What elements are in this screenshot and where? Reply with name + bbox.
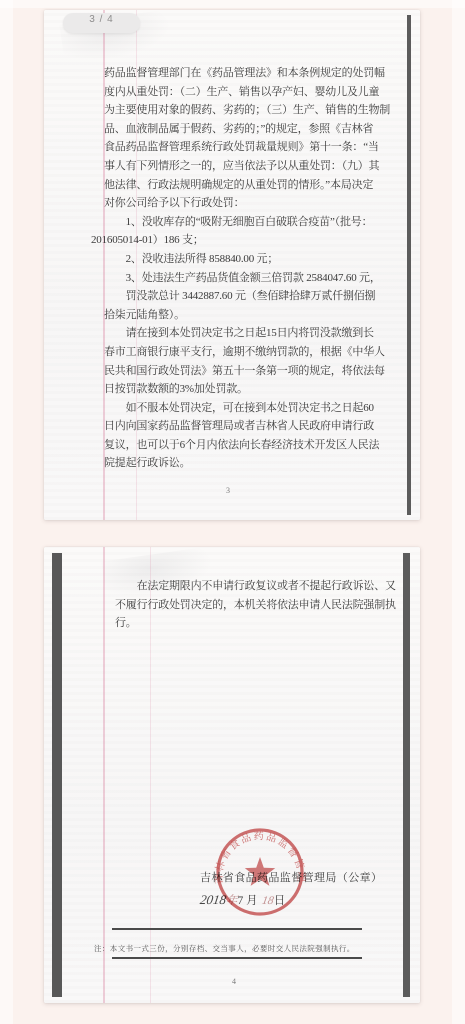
scanned-page-4: 在法定期限内不申请行政复议或者不提起行政诉讼、又 不履行行政处罚决定的，本机关将…	[44, 547, 420, 1003]
doc-line: 201605014-01）186 支；	[91, 231, 390, 250]
handwritten-year-suffix: 年	[225, 892, 239, 908]
viewport-left-margin	[0, 0, 13, 1024]
doc-line: 度内从重处罚：（二）生产、销售以孕产妇、婴幼儿及儿童	[104, 83, 390, 102]
scan-edge-bar	[52, 553, 62, 997]
page-4-body-text: 在法定期限内不申请行政复议或者不提起行政诉讼、又 不履行行政处罚决定的，本机关将…	[115, 577, 396, 633]
decision-date: 2018年7 月 18日	[200, 892, 285, 908]
doc-line: 为主要使用对象的假药、劣药的；（三）生产、销售的生物制	[104, 101, 390, 120]
footer-rule-bottom	[112, 957, 362, 959]
doc-line: 在法定期限内不申请行政复议或者不提起行政诉讼、又	[115, 577, 396, 596]
scan-edge-bar	[403, 553, 410, 997]
doc-line: 日内向国家药品监督管理局或者吉林省人民政府申请行政	[104, 417, 390, 436]
doc-line: 3、处违法生产药品货值金额三倍罚款 2584047.60 元，	[104, 269, 390, 288]
doc-line: 品、血液制品属于假药、劣药的；”的规定，参照《吉林省	[104, 120, 390, 139]
doc-line: 如不服本处罚决定，可在接到本处罚决定书之日起60	[104, 399, 390, 418]
viewport-top-strip	[0, 0, 465, 8]
doc-line: 对你公司给予以下行政处罚：	[104, 194, 390, 213]
page-number: 3	[226, 486, 230, 495]
doc-line: 他法律、行政法规明确规定的从重处罚的情形。”本局决定	[104, 176, 390, 195]
doc-line: 事人有下列情形之一的，应当依法予以从重处罚：（九）其	[104, 157, 390, 176]
page-3-body-text: 药品监督管理部门在《药品管理法》和本条例规定的处罚幅 度内从重处罚：（二）生产、…	[104, 64, 390, 473]
issuing-authority-signature: 吉林省食品药品监督管理局（公章）	[200, 869, 382, 885]
doc-line: 罚没款总计 3442887.60 元（叁佰肆拾肆万贰仟捌佰捌	[104, 287, 390, 306]
date-month: 7 月	[238, 895, 258, 907]
page-number: 4	[232, 977, 236, 986]
handwritten-day: 18	[261, 895, 275, 907]
doc-line: 药品监督管理部门在《药品管理法》和本条例规定的处罚幅	[104, 64, 390, 83]
doc-line: 1、没收库存的“吸附无细胞百白破联合疫苗”（批号：	[104, 213, 390, 232]
page-indicator-badge: 3 / 4	[63, 13, 140, 33]
doc-line: 不履行行政处罚决定的，本机关将依法申请人民法院强制执	[115, 596, 396, 615]
doc-line: 院提起行政诉讼。	[104, 454, 390, 473]
doc-line: 拾柒元陆角整）。	[104, 306, 390, 325]
doc-line: 请在接到本处罚决定书之日起15日内将罚没款缴到长	[104, 324, 390, 343]
screenshot-root: { "viewer": { "page_badge": "3 / 4" }, "…	[0, 0, 465, 1024]
footer-rule-top	[112, 928, 362, 930]
page-indicator-label: 3 / 4	[89, 14, 113, 25]
doc-line: 食品药品监督管理系统行政处罚裁量规则》第十一条：“当	[104, 138, 390, 157]
doc-line: 行。	[115, 614, 396, 633]
doc-line: 民共和国行政处罚法》第五十一条第一项的规定，将依法每	[104, 362, 390, 381]
doc-line: 复议，也可以于6个月内依法向长春经济技术开发区人民法	[104, 436, 390, 455]
binding-margin-line	[103, 547, 105, 1003]
doc-line: 春市工商银行康平支行，逾期不缴纳罚款的，根据《中华人	[104, 343, 390, 362]
doc-line: 2、没收违法所得 858840.00 元；	[104, 250, 390, 269]
date-day-suffix: 日	[274, 895, 286, 907]
scanned-page-3: 药品监督管理部门在《药品管理法》和本条例规定的处罚幅 度内从重处罚：（二）生产、…	[44, 10, 420, 520]
handwritten-year: 2018	[199, 892, 227, 908]
viewport-right-margin	[452, 0, 465, 1024]
doc-line: 日按罚款数额的3%加处罚款。	[104, 380, 390, 399]
document-scroll-view[interactable]: 药品监督管理部门在《药品管理法》和本条例规定的处罚幅 度内从重处罚：（二）生产、…	[0, 0, 465, 1024]
footer-note: 注：本文书一式三份，分别存档、交当事人，必要时交人民法院强制执行。	[94, 943, 355, 954]
scan-edge-bar	[407, 15, 411, 515]
